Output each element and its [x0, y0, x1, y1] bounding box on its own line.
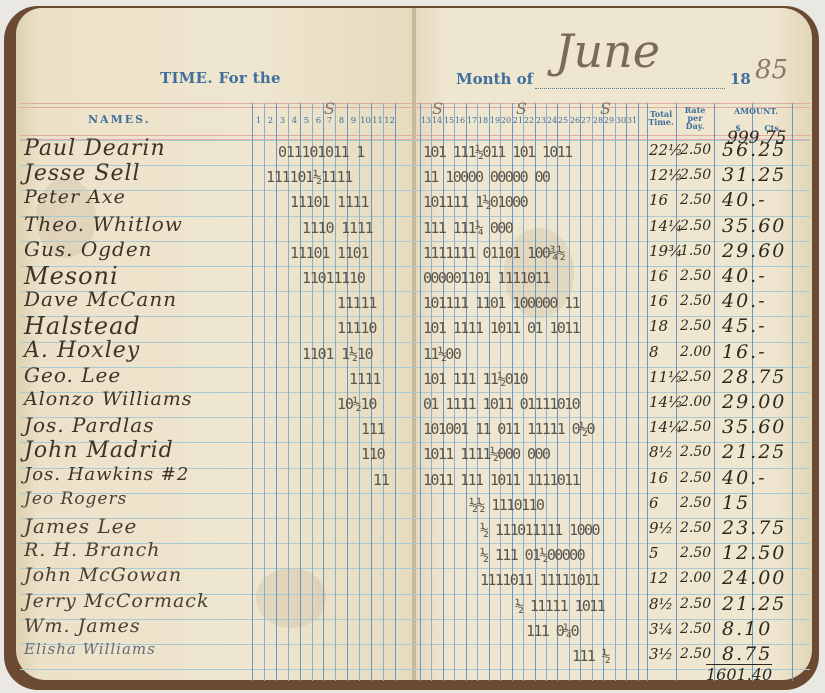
attendance-days-1-12: 1110 1111	[302, 219, 372, 237]
day-column-rule	[395, 103, 396, 681]
attendance-days-1-12: 110	[361, 445, 385, 463]
amount: 40.-	[722, 265, 767, 287]
total-time: 5	[649, 544, 659, 562]
day-column-rule	[592, 103, 593, 681]
attendance-days-13-31: 101111 1½01000	[423, 193, 527, 211]
employee-name: Jos. Pardlas	[24, 413, 154, 437]
rate-per-day: 2.50	[680, 520, 711, 536]
total-time: 16	[649, 191, 668, 209]
day-column-rule	[523, 103, 524, 681]
day-number-8: 8	[336, 116, 347, 126]
day-number-30: 30	[616, 116, 627, 125]
total-time: 18	[649, 317, 668, 335]
amount: 12.50	[722, 542, 786, 564]
attendance-days-1-12: 11	[373, 471, 389, 489]
attendance-days-13-31: ½ 11111 1011	[515, 597, 604, 615]
day-number-12: 12	[384, 116, 395, 126]
day-column-rule	[489, 103, 490, 681]
day-column-rule	[420, 103, 421, 681]
amount: 29.60	[722, 240, 786, 262]
day-number-23: 23	[536, 116, 547, 125]
rate-per-day: 1.50	[680, 243, 711, 259]
day-column-rule	[371, 103, 372, 681]
day-column-rule	[569, 103, 570, 681]
employee-name: John McGowan	[24, 564, 182, 586]
day-number-4: 4	[289, 116, 300, 126]
amount: 28.75	[722, 366, 786, 388]
attendance-days-1-12: 1101 1½10	[302, 345, 372, 363]
attendance-days-13-31: 101 111½011 101 1011	[423, 143, 572, 161]
total-time: 16	[649, 469, 668, 487]
day-column-rule	[431, 103, 432, 681]
day-column-rule	[383, 103, 384, 681]
attendance-days-13-31: ½ 111 01½00000	[480, 546, 584, 564]
amount: 29.00	[722, 391, 786, 413]
attendance-days-1-12: 10½10	[337, 395, 376, 413]
attendance-days-13-31: 101 111 11½010	[423, 370, 527, 388]
rate-per-day: 2.00	[680, 570, 711, 586]
day-number-1: 1	[253, 116, 264, 126]
total-time: 14½	[649, 393, 683, 411]
total-time: 3½	[649, 645, 673, 663]
day-number-10: 10	[360, 116, 371, 126]
day-number-3: 3	[277, 116, 288, 126]
day-column-rule	[335, 103, 336, 681]
day-column-rule	[466, 103, 467, 681]
day-column-rule	[276, 103, 277, 681]
row-rule	[20, 669, 810, 670]
day-column-rule	[443, 103, 444, 681]
amount: 35.60	[722, 215, 786, 237]
attendance-days-1-12: 11101 1101	[290, 244, 368, 262]
day-column-rule	[546, 103, 547, 681]
day-column-rule	[557, 103, 558, 681]
amount: 45.-	[722, 315, 767, 337]
employee-name: Dave McCann	[24, 287, 177, 311]
total-time: 8½	[649, 595, 673, 613]
rate-per-day: 2.50	[680, 142, 711, 158]
total-time-header: Total Time.	[648, 110, 674, 126]
attendance-days-1-12: 11101 1111	[290, 193, 368, 211]
day-column-rule	[580, 103, 581, 681]
day-column-rule	[454, 103, 455, 681]
day-number-17: 17	[467, 116, 478, 125]
sunday-mark-7: S	[324, 99, 335, 118]
day-number-13: 13	[421, 116, 432, 125]
total-time: 19¾	[649, 242, 683, 260]
summary-column-rule	[676, 103, 677, 681]
amount: 8.10	[722, 618, 772, 640]
employee-name: Theo. Whitlow	[24, 212, 183, 236]
employee-name: Halstead	[24, 312, 141, 340]
employee-name: John Madrid	[24, 438, 174, 463]
rate-per-day: 2.50	[680, 318, 711, 334]
book-gutter	[412, 8, 416, 680]
day-number-18: 18	[478, 116, 489, 125]
employee-name: R. H. Branch	[24, 539, 161, 561]
employee-name: Alonzo Williams	[24, 388, 193, 410]
rate-per-day: 2.50	[680, 167, 711, 183]
month-value: June	[555, 24, 660, 78]
amount: 21.25	[722, 441, 786, 463]
month-heading: Month of	[456, 70, 533, 88]
total-time: 8½	[649, 443, 673, 461]
attendance-days-13-31: 101111 1101 100000 11	[423, 294, 579, 312]
amount: 15	[722, 492, 750, 514]
day-column-rule	[347, 103, 348, 681]
day-column-rule	[615, 103, 616, 681]
amount: 31.25	[722, 164, 786, 186]
attendance-days-13-31: 01 1111 1011 01111010	[423, 395, 579, 413]
total-time: 9½	[649, 519, 673, 537]
year-suffix: 85	[755, 55, 788, 85]
rate-per-day-header: Rate per Day.	[678, 106, 712, 130]
employee-name: Paul Dearin	[24, 136, 166, 161]
attendance-days-1-12: 1111	[349, 370, 380, 388]
attendance-days-13-31: 111 ½	[572, 647, 609, 665]
sunday-mark-28: S	[600, 99, 611, 118]
header-rule-top	[20, 103, 810, 104]
attendance-days-13-31: 1011 111 1011 1111011	[423, 471, 579, 489]
attendance-days-13-31: 1111011 11111011	[480, 571, 599, 589]
attendance-days-1-12: 111	[361, 420, 385, 438]
attendance-days-13-31: ½ 111011111 1000	[480, 521, 599, 539]
attendance-days-13-31: 1011 1111½000 000	[423, 445, 549, 463]
day-number-24: 24	[547, 116, 558, 125]
day-column-rule	[264, 103, 265, 681]
total-time: 6	[649, 494, 659, 512]
day-column-rule	[359, 103, 360, 681]
employee-name: A. Hoxley	[24, 338, 140, 363]
rate-per-day: 2.50	[680, 621, 711, 637]
rate-per-day: 2.50	[680, 419, 711, 435]
rate-per-day: 2.50	[680, 293, 711, 309]
day-number-19: 19	[490, 116, 501, 125]
employee-name: Jerry McCormack	[24, 590, 209, 612]
attendance-days-1-12: 11011110	[302, 269, 365, 287]
amount: 40.-	[722, 467, 767, 489]
day-column-rule	[603, 103, 604, 681]
day-number-11: 11	[372, 116, 383, 126]
employee-name: Jos. Hawkins #2	[24, 464, 189, 485]
day-column-rule	[477, 103, 478, 681]
day-number-20: 20	[501, 116, 512, 125]
employee-name: Elisha Williams	[24, 640, 156, 658]
day-column-rule	[252, 103, 253, 681]
names-column-header: NAMES.	[88, 113, 151, 126]
sunday-mark-21: S	[516, 99, 527, 118]
summary-column-rule	[638, 103, 639, 681]
total-time: 12½	[649, 166, 683, 184]
attendance-days-13-31: 111 111¼ 000	[423, 219, 512, 237]
total-time: 16	[649, 267, 668, 285]
amount: 21.25	[722, 593, 786, 615]
attendance-days-1-12: 111101½1111	[266, 168, 352, 186]
employee-name: Wm. James	[24, 615, 141, 637]
row-rule	[20, 266, 810, 267]
day-column-rule	[312, 103, 313, 681]
day-number-27: 27	[581, 116, 592, 125]
rate-per-day: 2.50	[680, 470, 711, 486]
day-number-16: 16	[455, 116, 466, 125]
employee-name: Gus. Ogden	[24, 237, 153, 261]
amount: 23.75	[722, 517, 786, 539]
day-column-rule	[323, 103, 324, 681]
attendance-days-13-31: 11½00	[423, 345, 460, 363]
attendance-days-13-31: 101 1111 1011 01 1011	[423, 319, 579, 337]
amount: 8.75	[722, 643, 772, 665]
day-number-9: 9	[348, 116, 359, 126]
day-number-31: 31	[627, 116, 638, 125]
attendance-days-13-31: 000001101 1111011	[423, 269, 549, 287]
total-time: 8	[649, 343, 659, 361]
rate-per-day: 2.50	[680, 596, 711, 612]
row-rule	[20, 518, 810, 519]
total-time: 14¼	[649, 217, 683, 235]
attendance-days-13-31: 11 10000 00000 00	[423, 168, 549, 186]
employee-name: Jesse Sell	[24, 161, 141, 186]
attendance-days-13-31: ½½ 1110110	[469, 496, 543, 514]
rate-per-day: 2.00	[680, 344, 711, 360]
day-number-2: 2	[265, 116, 276, 126]
rate-per-day: 2.50	[680, 369, 711, 385]
total-time: 14¼	[649, 418, 683, 436]
amount: 40.-	[722, 290, 767, 312]
amount: 24.00	[722, 567, 786, 589]
amount: 56.25	[722, 139, 786, 161]
employee-name: James Lee	[24, 514, 137, 538]
attendance-days-1-12: 11111	[337, 294, 376, 312]
day-column-rule	[626, 103, 627, 681]
attendance-days-1-12: 011101011 1	[278, 143, 364, 161]
attendance-days-13-31: 111 0¼0	[526, 622, 578, 640]
day-column-rule	[512, 103, 513, 681]
rate-per-day: 2.50	[680, 545, 711, 561]
amount: 40.-	[722, 189, 767, 211]
day-column-rule	[500, 103, 501, 681]
row-rule	[20, 190, 810, 191]
amount-header: AMOUNT.	[716, 107, 796, 115]
attendance-days-13-31: 101001 11 011 11111 0½0	[423, 420, 594, 438]
rate-per-day: 2.00	[680, 394, 711, 410]
day-column-rule	[535, 103, 536, 681]
attendance-days-13-31: 1111111 01101 100¾½	[423, 244, 564, 262]
rate-per-day: 2.50	[680, 218, 711, 234]
day-column-rule	[288, 103, 289, 681]
employee-name: Geo. Lee	[24, 363, 121, 387]
day-number-5: 5	[301, 116, 312, 126]
day-number-15: 15	[444, 116, 455, 125]
rate-per-day: 2.50	[680, 444, 711, 460]
day-number-26: 26	[570, 116, 581, 125]
time-heading: TIME. For the	[160, 69, 281, 87]
amount: 35.60	[722, 416, 786, 438]
total-time: 16	[649, 292, 668, 310]
total-time: 11½	[649, 368, 683, 386]
amount: 16.-	[722, 341, 767, 363]
total-time: 12	[649, 569, 668, 587]
employee-name: Mesoni	[24, 262, 119, 290]
employee-name: Peter Axe	[24, 186, 126, 208]
grand-total: 1601.40	[706, 664, 772, 684]
summary-column-rule	[792, 103, 793, 681]
day-number-25: 25	[558, 116, 569, 125]
month-dotted-line	[535, 88, 725, 89]
total-time: 22½	[649, 141, 683, 159]
summary-column-rule	[714, 103, 715, 681]
rate-per-day: 2.50	[680, 268, 711, 284]
year-prefix: 18	[730, 70, 751, 88]
summary-column-rule	[647, 103, 648, 681]
rate-per-day: 2.50	[680, 192, 711, 208]
attendance-days-1-12: 11110	[337, 319, 376, 337]
day-column-rule	[300, 103, 301, 681]
total-time: 3¼	[649, 620, 673, 638]
sunday-mark-14: S	[432, 99, 443, 118]
rate-per-day: 2.50	[680, 646, 711, 662]
rate-per-day: 2.50	[680, 495, 711, 511]
employee-name: Jeo Rogers	[24, 489, 127, 509]
